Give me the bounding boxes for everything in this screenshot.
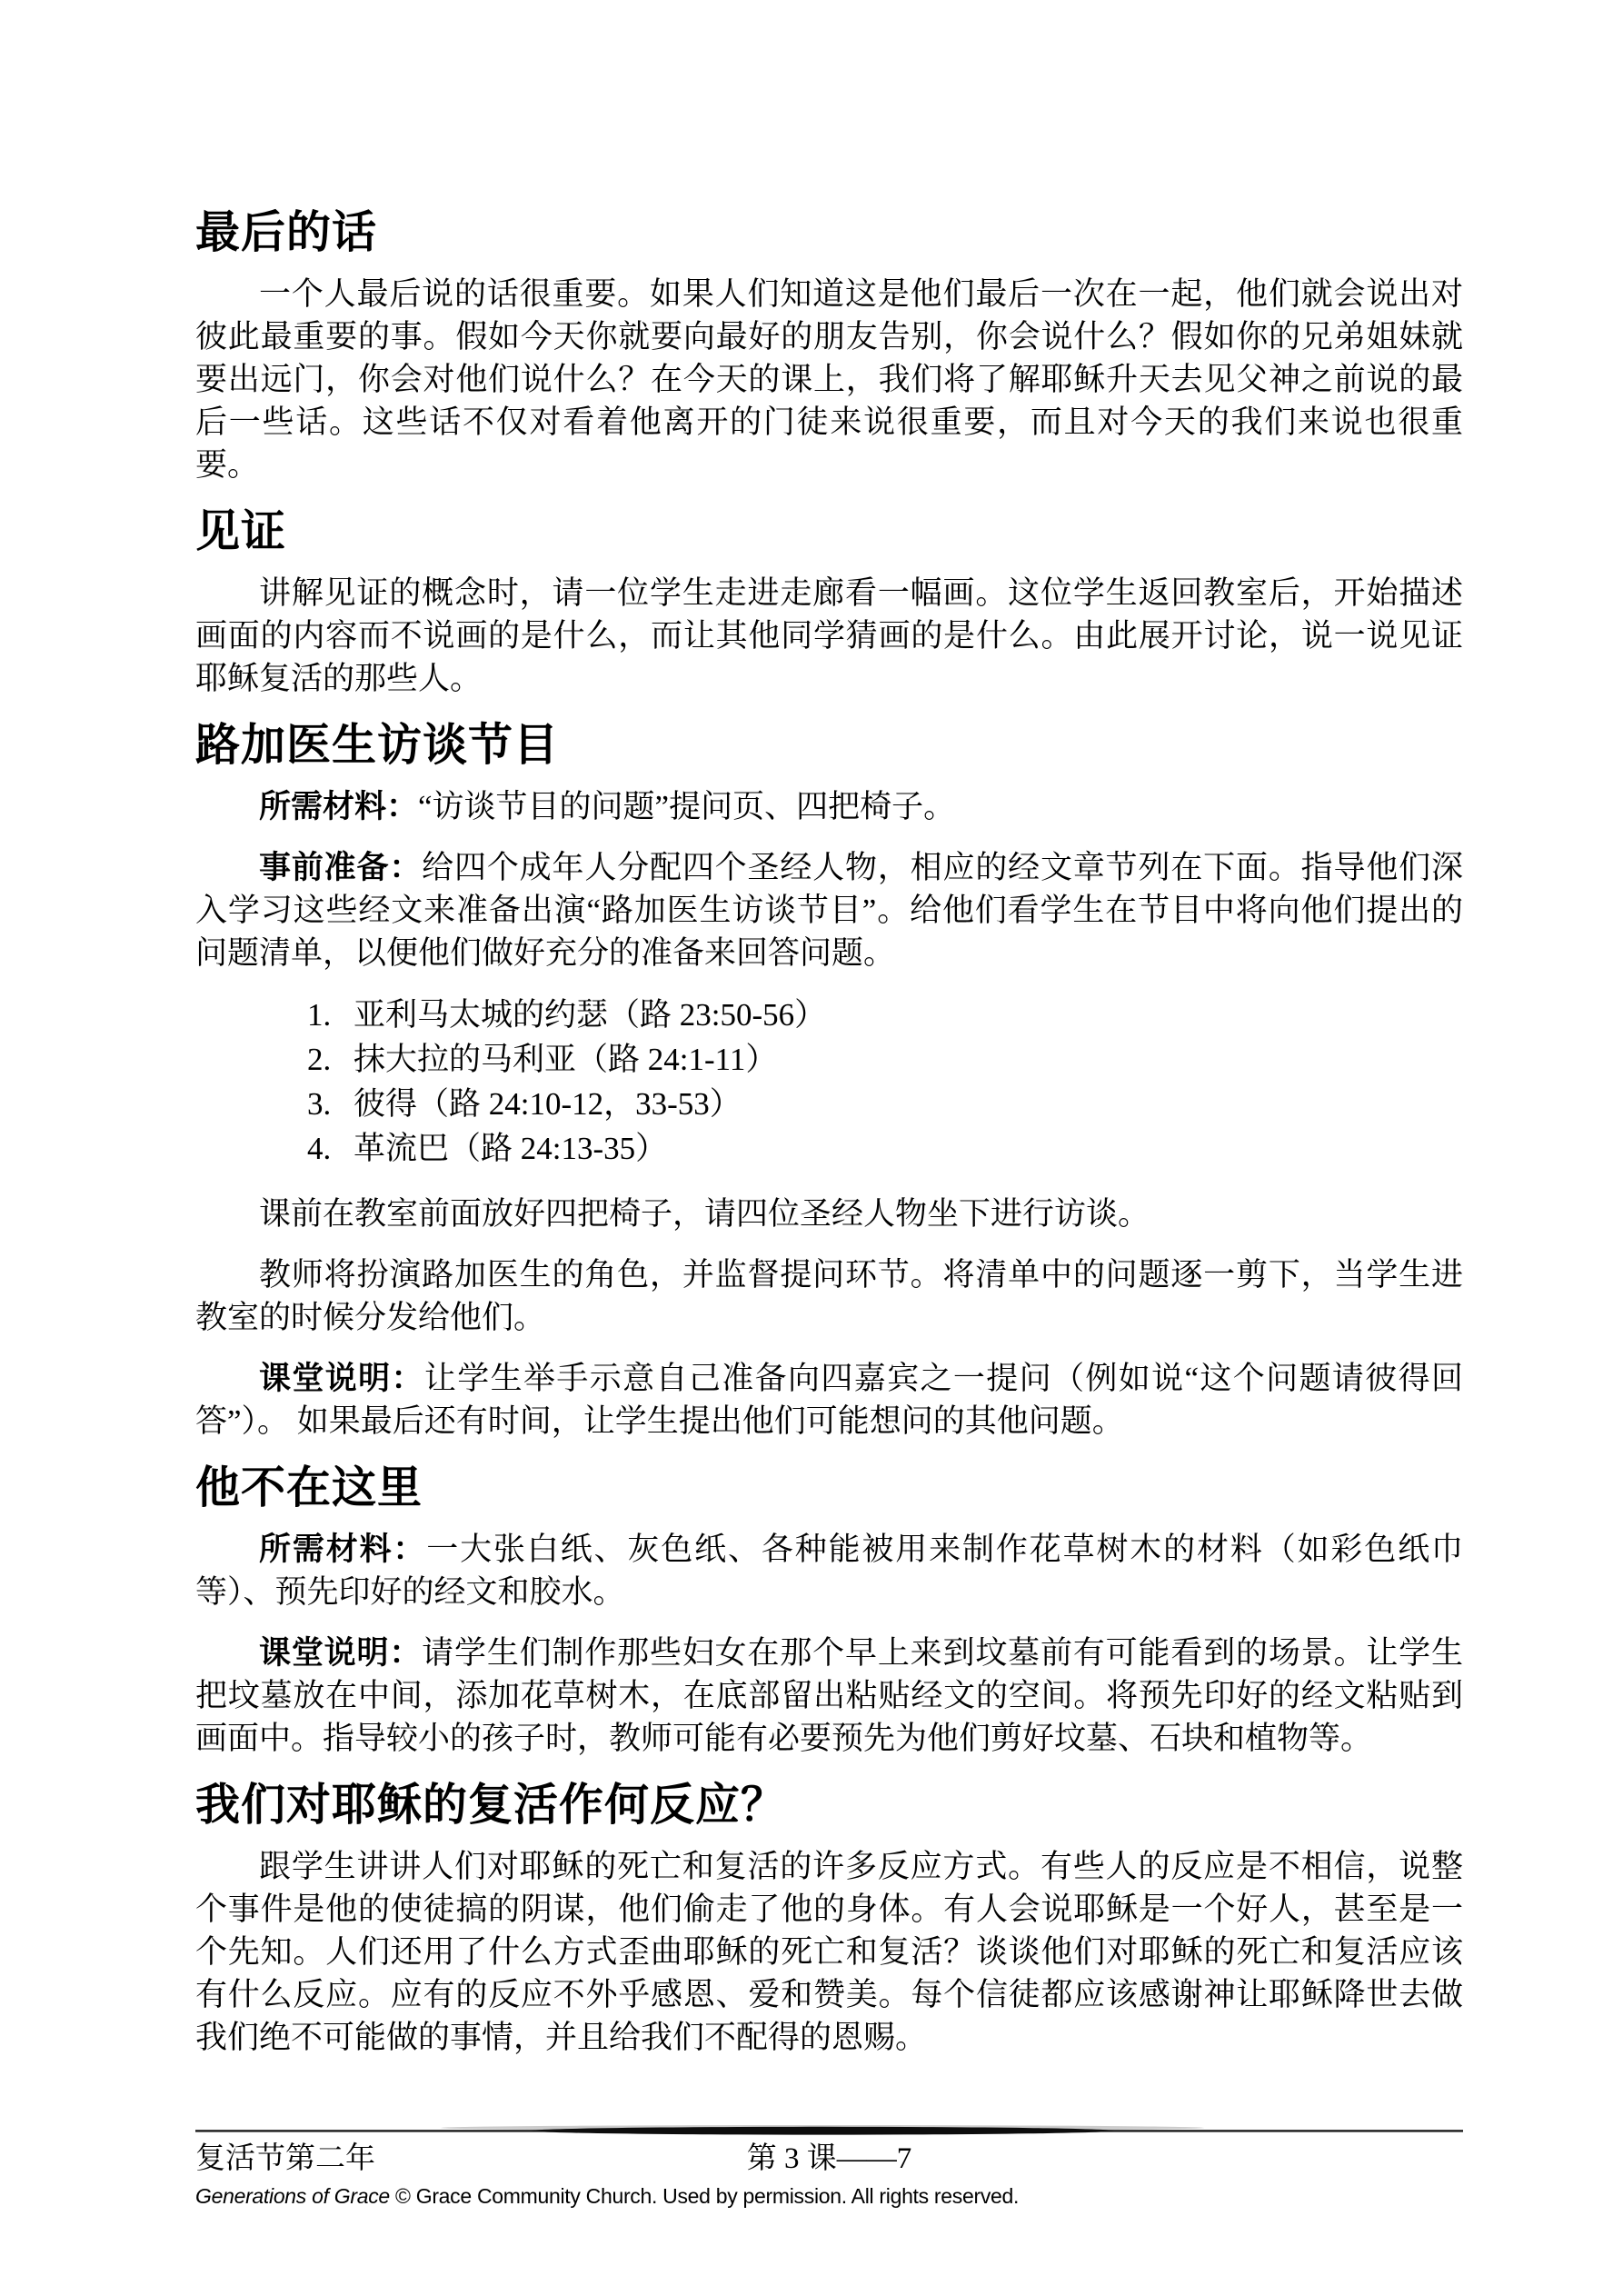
paragraph-teacher-role: 教师将扮演路加医生的角色，并监督提问环节。将清单中的问题逐一剪下，当学生进教室的… bbox=[195, 1253, 1463, 1339]
section-heading: 见证 bbox=[195, 504, 1463, 559]
section-last-words: 最后的话 一个人最后说的话很重要。如果人们知道这是他们最后一次在一起，他们就会说… bbox=[195, 205, 1463, 486]
copyright-text: © Grace Community Church. Used by permis… bbox=[390, 2184, 1019, 2208]
section-heading: 路加医生访谈节目 bbox=[195, 718, 1463, 773]
materials-text: “访谈节目的问题”提问页、四把椅子。 bbox=[418, 789, 955, 824]
materials-label: 所需材料： bbox=[259, 789, 418, 824]
document-body: 最后的话 一个人最后说的话很重要。如果人们知道这是他们最后一次在一起，他们就会说… bbox=[195, 205, 1463, 2077]
class-note-label: 课堂说明： bbox=[259, 1635, 422, 1671]
list-item: 抹大拉的马利亚（路 24:1-11） bbox=[339, 1037, 1463, 1082]
document-page: 最后的话 一个人最后说的话很重要。如果人们知道这是他们最后一次在一起，他们就会说… bbox=[0, 0, 1623, 2296]
footer-text-line: 第 3 课——7 复活节第二年 bbox=[195, 2140, 1463, 2178]
page-number: 第 3 课——7 bbox=[195, 2140, 1463, 2178]
paragraph-materials: 所需材料：“访谈节目的问题”提问页、四把椅子。 bbox=[195, 785, 1463, 828]
copyright-line: Generations of Grace © Grace Community C… bbox=[195, 2183, 1463, 2209]
section-heading: 我们对耶稣的复活作何反应？ bbox=[195, 1778, 1463, 1832]
paragraph-chairs: 课前在教室前面放好四把椅子，请四位圣经人物坐下进行访谈。 bbox=[195, 1193, 1463, 1235]
section-heading: 最后的话 bbox=[195, 205, 1463, 260]
section-he-is-not-here: 他不在这里 所需材料：一大张白纸、灰色纸、各种能被用来制作花草树木的材料（如彩色… bbox=[195, 1461, 1463, 1760]
preparation-label: 事前准备： bbox=[259, 850, 422, 885]
section-response-to-resurrection: 我们对耶稣的复活作何反应？ 跟学生讲讲人们对耶稣的死亡和复活的许多反应方式。有些… bbox=[195, 1778, 1463, 2059]
bible-characters-list: 亚利马太城的约瑟（路 23:50-56） 抹大拉的马利亚（路 24:1-11） … bbox=[195, 993, 1463, 1171]
section-heading: 他不在这里 bbox=[195, 1461, 1463, 1515]
list-item: 革流巴（路 24:13-35） bbox=[339, 1126, 1463, 1171]
copyright-brand: Generations of Grace bbox=[195, 2184, 390, 2208]
section-witness: 见证 讲解见证的概念时，请一位学生走进走廊看一幅画。这位学生返回教室后，开始描述… bbox=[195, 504, 1463, 700]
paragraph-class-note: 课堂说明：请学生们制作那些妇女在那个早上来到坟墓前有可能看到的场景。让学生把坟墓… bbox=[195, 1632, 1463, 1760]
paragraph: 讲解见证的概念时，请一位学生走进走廊看一幅画。这位学生返回教室后，开始描述画面的… bbox=[195, 572, 1463, 700]
section-luke-interview: 路加医生访谈节目 所需材料：“访谈节目的问题”提问页、四把椅子。 事前准备：给四… bbox=[195, 718, 1463, 1442]
footer-divider bbox=[195, 2123, 1463, 2138]
list-item: 彼得（路 24:10-12，33-53） bbox=[339, 1082, 1463, 1126]
materials-label: 所需材料： bbox=[259, 1532, 426, 1567]
paragraph-preparation: 事前准备：给四个成年人分配四个圣经人物，相应的经文章节列在下面。指导他们深入学习… bbox=[195, 846, 1463, 974]
paragraph-materials: 所需材料：一大张白纸、灰色纸、各种能被用来制作花草树木的材料（如彩色纸巾等）、预… bbox=[195, 1528, 1463, 1613]
class-note-label: 课堂说明： bbox=[259, 1361, 424, 1396]
paragraph-class-note: 课堂说明：让学生举手示意自己准备向四嘉宾之一提问（例如说“这个问题请彼得回答”）… bbox=[195, 1357, 1463, 1442]
page-footer: 第 3 课——7 复活节第二年 Generations of Grace © G… bbox=[195, 2123, 1463, 2209]
paragraph: 一个人最后说的话很重要。如果人们知道这是他们最后一次在一起，他们就会说出对彼此最… bbox=[195, 273, 1463, 486]
list-item: 亚利马太城的约瑟（路 23:50-56） bbox=[339, 993, 1463, 1037]
paragraph: 跟学生讲讲人们对耶稣的死亡和复活的许多反应方式。有些人的反应是不相信，说整个事件… bbox=[195, 1845, 1463, 2059]
